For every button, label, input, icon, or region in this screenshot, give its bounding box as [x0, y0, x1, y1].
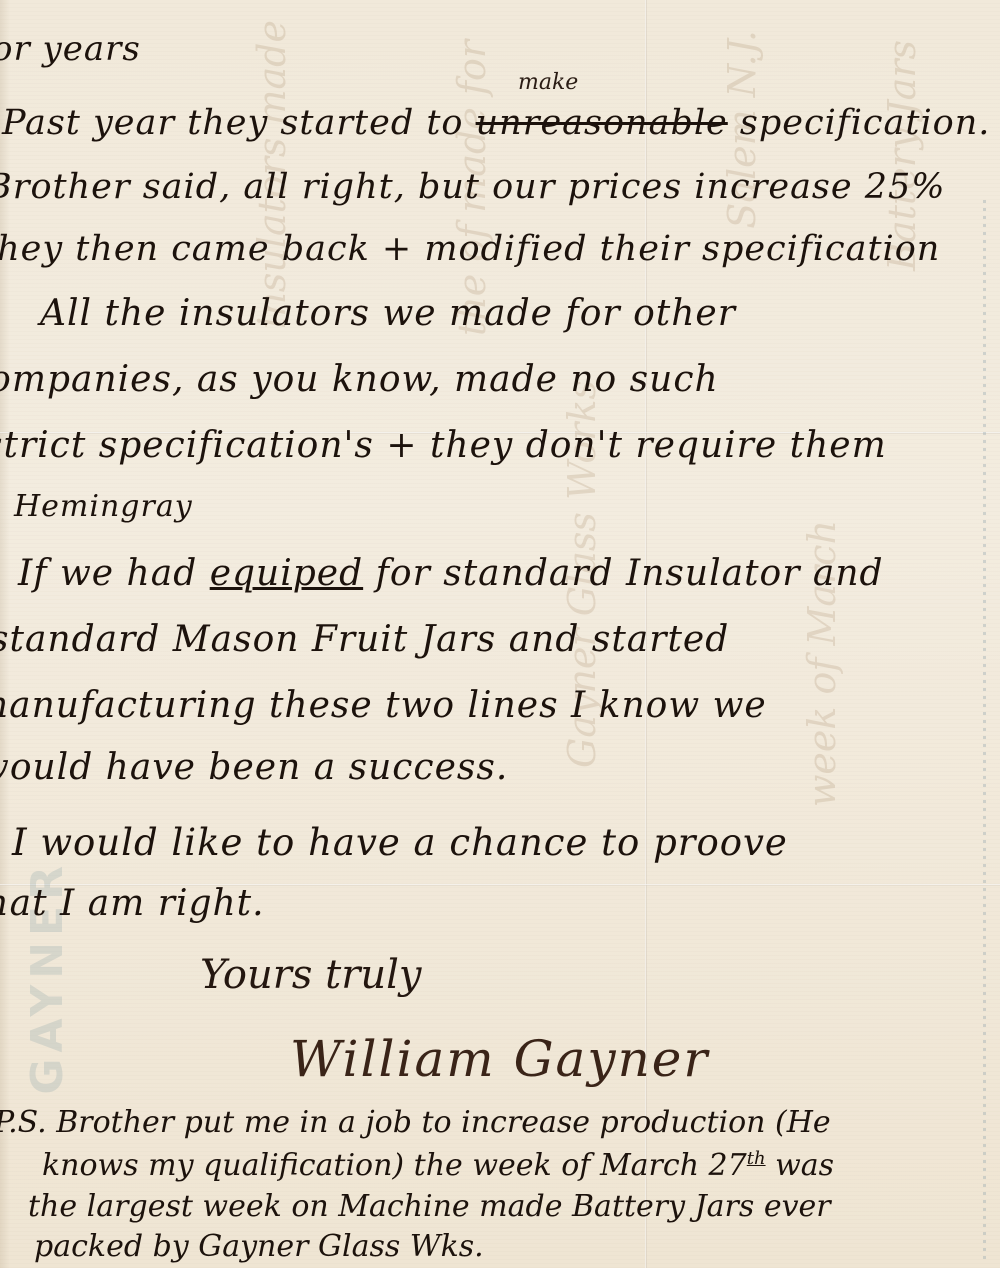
letter-page: insulators made the of made for Gayner G…	[0, 0, 1000, 1268]
underlined-word: equiped	[210, 553, 363, 594]
inserted-word: make	[518, 70, 578, 95]
postscript-line-2: knows my qualification) the week of Marc…	[42, 1150, 834, 1181]
letter-line-1: or years	[0, 32, 141, 66]
letter-closing: Yours truly	[200, 952, 421, 998]
letter-line-12: would have been a success.	[0, 750, 508, 786]
postscript-line-3: the largest week on Machine made Battery…	[28, 1192, 831, 1222]
postscript-line-4: packed by Gayner Glass Wks.	[34, 1232, 484, 1262]
letter-line-2: Past year they started to unreasonable s…	[2, 106, 990, 141]
postscript-line-2-text: knows my qualification) the week of Marc…	[42, 1148, 747, 1183]
line-9-text: If we had equiped for standard Insulator…	[18, 553, 884, 594]
letter-line-10: standard Mason Fruit Jars and started	[0, 622, 729, 658]
letter-line-3: Brother said, all right, but our prices …	[0, 170, 946, 205]
letter-line-9: If we had equiped for standard Insulator…	[18, 556, 884, 592]
signature: William Gayner	[290, 1030, 709, 1088]
letter-line-7: strict specification's + they don't requ…	[0, 428, 887, 464]
letter-line-5: All the insulators we made for other	[40, 296, 736, 332]
letter-line-4: they then came back + modified their spe…	[0, 232, 940, 267]
postscript-line-1: P.S. Brother put me in a job to increase…	[0, 1108, 831, 1138]
line-2-text: Past year they started to unreasonable s…	[2, 103, 990, 143]
letter-line-8: Hemingray	[14, 492, 193, 522]
letter-line-11: manufacturing these two lines I know we	[0, 688, 767, 724]
letter-line-13: I would like to have a chance to proove	[12, 824, 788, 861]
crossed-out-word: unreasonable	[476, 103, 728, 143]
letter-line-6: companies, as you know, made no such	[0, 362, 719, 398]
right-edge-perforation	[983, 200, 986, 1260]
date-suffix: th	[747, 1148, 766, 1169]
postscript-line-2-tail: was	[775, 1148, 834, 1183]
letter-line-14: that I am right.	[0, 886, 265, 922]
